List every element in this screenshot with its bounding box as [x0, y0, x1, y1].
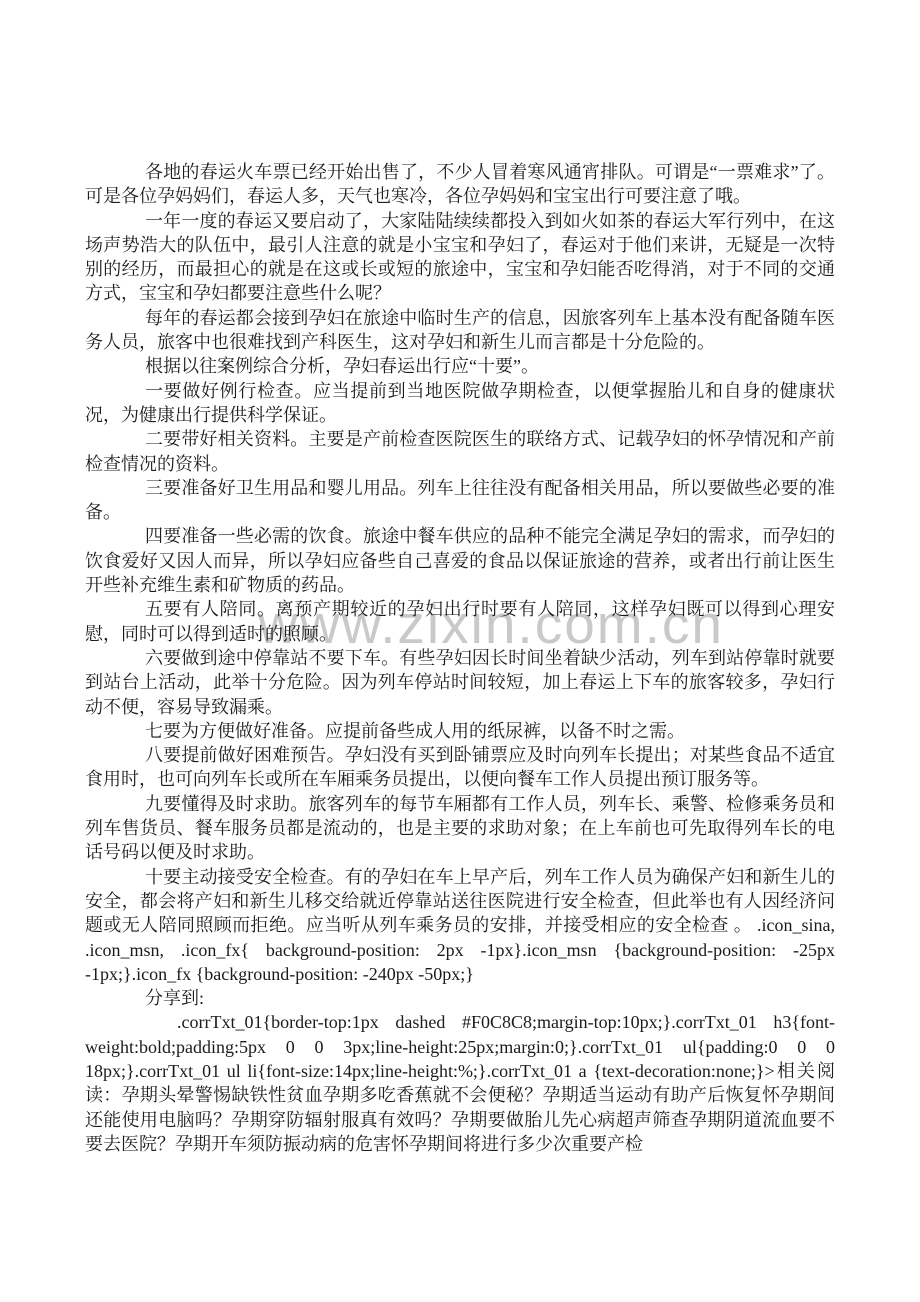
paragraph: 根据以往案例综合分析，孕妇春运出行应“十要”。: [85, 354, 835, 378]
paragraph: 十要主动接受安全检查。有的孕妇在车上早产后，列车工作人员为确保产妇和新生儿的安全…: [85, 865, 835, 986]
paragraph: 每年的春运都会接到孕妇在旅途中临时生产的信息，因旅客列车上基本没有配备随车医务人…: [85, 306, 835, 355]
paragraph: 七要为方便做好准备。应提前备些成人用的纸尿裤，以备不时之需。: [85, 719, 835, 743]
paragraph: 二要带好相关资料。主要是产前检查医院医生的联络方式、记载孕妇的怀孕情况和产前检查…: [85, 427, 835, 476]
paragraph: 分享到:: [85, 986, 835, 1010]
paragraph: 五要有人陪同。离预产期较近的孕妇出行时要有人陪同，这样孕妇既可以得到心理安慰，同…: [85, 597, 835, 646]
paragraph: 一年一度的春运又要启动了，大家陆陆续续都投入到如火如茶的春运大军行列中，在这场声…: [85, 209, 835, 306]
article-body: 各地的春运火车票已经开始出售了，不少人冒着寒风通宵排队。可谓是“一票难求”了。可…: [85, 160, 835, 1156]
document-page: www.zixin.com.cn 各地的春运火车票已经开始出售了，不少人冒着寒风…: [0, 0, 920, 1302]
paragraph: 九要懂得及时求助。旅客列车的每节车厢都有工作人员，列车长、乘警、检修乘务员和列车…: [85, 792, 835, 865]
paragraph: 六要做到途中停靠站不要下车。有些孕妇因长时间坐着缺少活动，列车到站停靠时就要到站…: [85, 646, 835, 719]
paragraph: 三要准备好卫生用品和婴儿用品。列车上往往没有配备相关用品，所以要做些必要的准备。: [85, 476, 835, 525]
paragraph: .corrTxt_01{border-top:1px dashed #F0C8C…: [85, 1010, 835, 1156]
paragraph: 四要准备一些必需的饮食。旅途中餐车供应的品种不能完全满足孕妇的需求，而孕妇的饮食…: [85, 524, 835, 597]
paragraph: 一要做好例行检查。应当提前到当地医院做孕期检查，以便掌握胎儿和自身的健康状况，为…: [85, 379, 835, 428]
paragraph: 八要提前做好困难预告。孕妇没有买到卧铺票应及时向列车长提出；对某些食品不适宜食用…: [85, 743, 835, 792]
paragraph: 各地的春运火车票已经开始出售了，不少人冒着寒风通宵排队。可谓是“一票难求”了。可…: [85, 160, 835, 209]
